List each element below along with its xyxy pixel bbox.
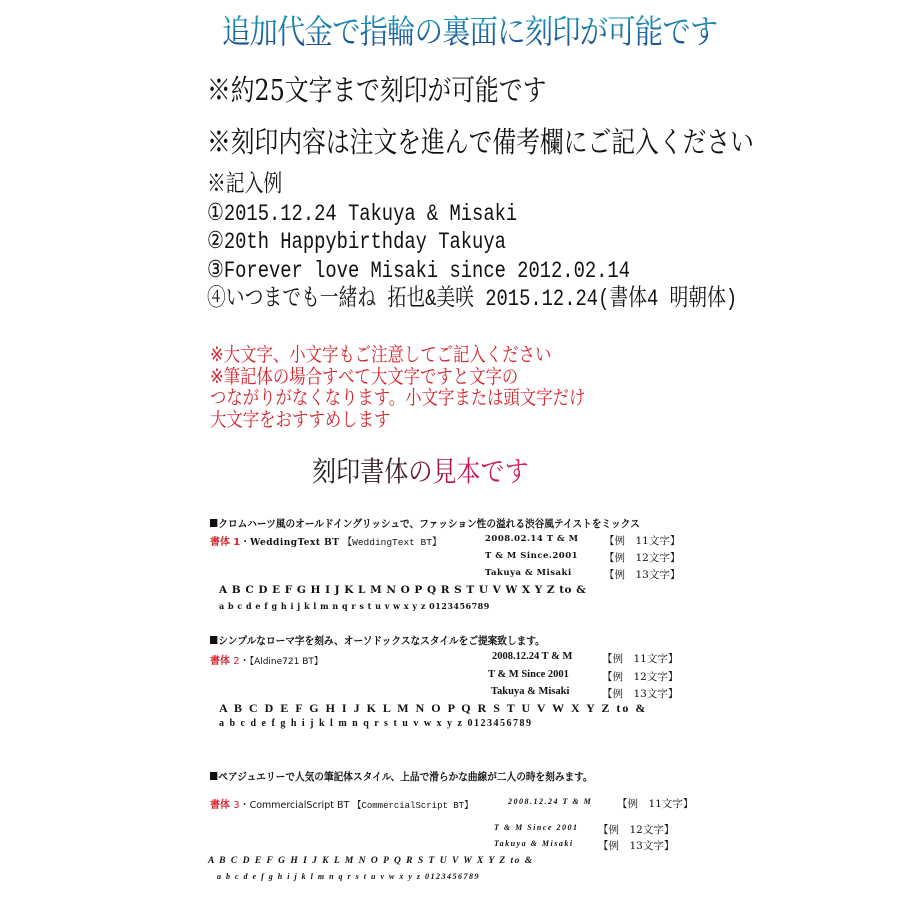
square-bullet-icon (210, 636, 217, 644)
font2-example-1: 2008.12.24 T & M (492, 651, 572, 662)
warning-line: ※筆記体の場合すべて大文字ですと文字の (210, 366, 585, 388)
font3-example-1-count: 【例 11文字】 (617, 796, 693, 811)
font2-example-2-count: 【例 12文字】 (602, 669, 678, 684)
warning-line: つながりがなくなります。小文字または頭文字だけ (210, 387, 585, 409)
font2-lowercase-sample: a b c d e f g h i j k l m n q r s t u v … (219, 718, 533, 729)
font2-description: シンプルなローマ字を刻み、オーソドックスなスタイルをご提案致します。 (210, 633, 545, 648)
font1-example-1: 2008.02.14 T & M (485, 534, 579, 544)
font1-example-2-count: 【例 12文字】 (604, 550, 680, 565)
char-limit-note: ※約25文字まで刻印が可能です (207, 68, 546, 109)
font2-example-3-count: 【例 13文字】 (602, 686, 678, 701)
font2-label: 書体 2・【Aldine721 BT】 (210, 652, 323, 667)
example-item: ①2015.12.24 Takuya & Misaki (207, 201, 737, 230)
font1-label: 書体 1・WeddingText BT 【WeddingText BT】 (210, 533, 441, 548)
warning-line: ※大文字、小文字もご注意してご記入ください (210, 344, 585, 366)
square-bullet-icon (210, 772, 217, 780)
font1-example-3-count: 【例 13文字】 (604, 567, 680, 582)
font2-example-2: T & M Since 2001 (488, 669, 569, 680)
font2-uppercase-sample: A B C D E F G H I J K L M N O P Q R S T … (219, 701, 647, 716)
font3-uppercase-sample: A B C D E F G H I J K L M N O P Q R S T … (208, 856, 534, 866)
how-to-enter-note: ※刻印内容は注文を進んで備考欄にご記入ください (207, 120, 754, 161)
font1-example-2: T & M Since.2001 (485, 551, 578, 561)
font3-example-3-count: 【例 13文字】 (598, 838, 674, 853)
example-item: ④いつまでも一緒ね 拓也&美咲 2015.12.24(書体4 明朝体) (207, 286, 737, 315)
warning-block: ※大文字、小文字もご注意してご記入ください ※筆記体の場合すべて大文字ですと文字… (210, 344, 585, 430)
font3-label: 書体 3・CommercialScript BT 【CommercialScri… (210, 796, 473, 811)
font3-example-2: T & M Since 2001 (494, 823, 578, 832)
font3-example-3: Takuya & Misaki (494, 839, 574, 848)
font3-example-2-count: 【例 12文字】 (598, 822, 674, 837)
font3-description: ペアジュエリーで人気の筆記体スタイル、上品で滑らかな曲線が二人の時を刻みます。 (210, 769, 593, 784)
examples-block: ※記入例 ①2015.12.24 Takuya & Misaki ②20th H… (207, 172, 737, 315)
font1-example-3: Takuya & Misaki (485, 568, 572, 578)
font1-description: クロムハーツ風のオールドイングリッシュで、ファッション性の溢れる渋谷風テイストを… (210, 516, 640, 531)
font2-example-3: Takuya & Misaki (491, 686, 569, 697)
samples-title: 刻印書体の見本です (312, 450, 529, 490)
example-item: ③Forever love Misaki since 2012.02.14 (207, 258, 737, 287)
font3-example-1: 2008.12.24 T & M (508, 797, 592, 806)
warning-line: 大文字をおすすめします (210, 409, 585, 431)
page-title: 追加代金で指輪の裏面に刻印が可能です (222, 6, 717, 53)
font1-example-1-count: 【例 11文字】 (604, 533, 680, 548)
font1-uppercase-sample: A B C D E F G H I J K L M N O P Q R S T … (219, 584, 586, 596)
examples-heading: ※記入例 (207, 172, 737, 201)
font1-lowercase-sample: a b c d e f g h i j k l m n q r s t u v … (219, 601, 490, 611)
font2-example-1-count: 【例 11文字】 (602, 651, 678, 666)
square-bullet-icon (210, 519, 217, 527)
font3-lowercase-sample: a b c d e f g h i j k l m n q r s t u v … (217, 872, 480, 881)
example-item: ②20th Happybirthday Takuya (207, 229, 737, 258)
